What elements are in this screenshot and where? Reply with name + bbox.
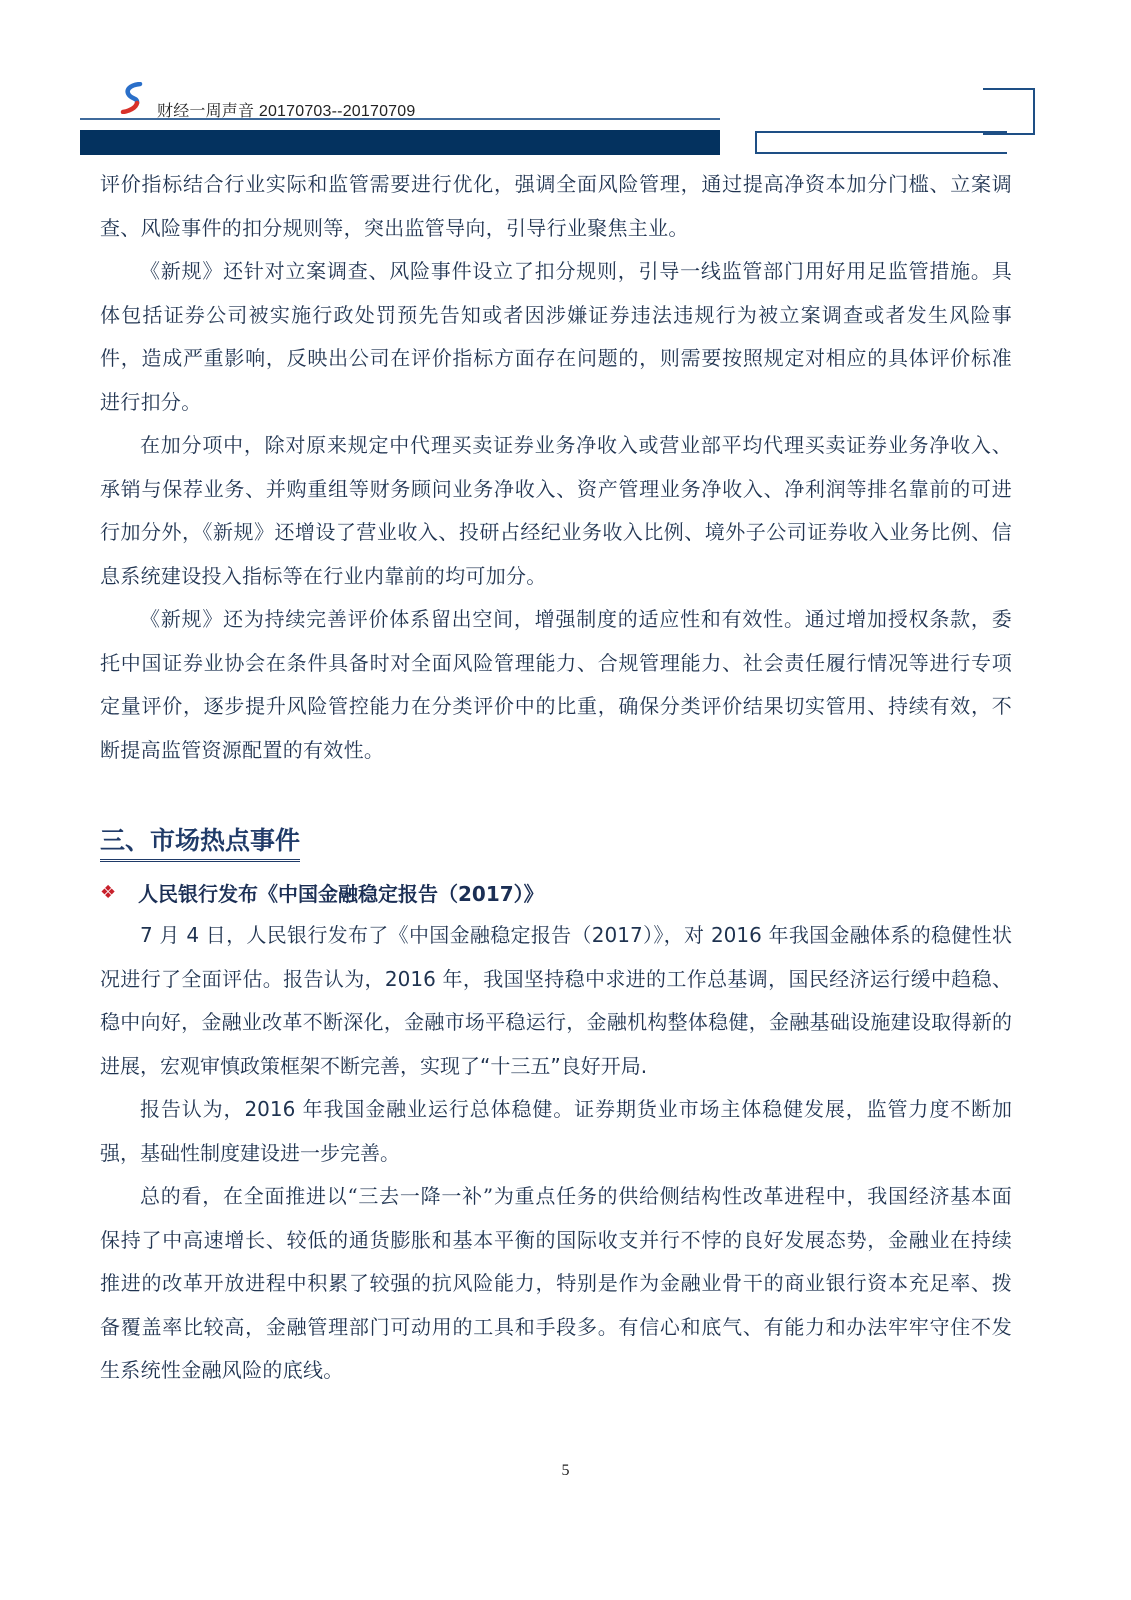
s-swoosh-logo-icon — [120, 82, 146, 114]
body-paragraph: 《新规》还针对立案调查、风险事件设立了扣分规则，引导一线监管部门用好用足监管措施… — [100, 250, 1012, 424]
header-bar — [80, 130, 720, 155]
header-thin-rule — [80, 118, 720, 120]
page-number: 5 — [0, 1462, 1131, 1480]
body-paragraph: 《新规》还为持续完善评价体系留出空间，增强制度的适应性和有效性。通过增加授权条款… — [100, 598, 1012, 772]
document-body: 评价指标结合行业实际和监管需要进行优化，强调全面风险管理，通过提高净资本加分门槛… — [100, 163, 1012, 1393]
section-title: 三、市场热点事件 — [100, 824, 300, 862]
body-paragraph: 总的看，在全面推进以“三去一降一补”为重点任务的供给侧结构性改革进程中，我国经济… — [100, 1175, 1012, 1393]
sub-heading: ❖ 人民银行发布《中国金融稳定报告（2017）》 — [100, 874, 1012, 910]
section-body: 7 月 4 日，人民银行发布了《中国金融稳定报告（2017）》，对 2016 年… — [100, 914, 1012, 1393]
page-header: 财经一周声音 20170703--20170709 — [0, 0, 1131, 160]
header-frame-decoration — [983, 88, 1035, 135]
diamond-bullet-icon: ❖ — [100, 882, 116, 903]
body-paragraph: 7 月 4 日，人民银行发布了《中国金融稳定报告（2017）》，对 2016 年… — [100, 914, 1012, 1088]
body-paragraph: 在加分项中，除对原来规定中代理买卖证券业务净收入或营业部平均代理买卖证券业务净收… — [100, 424, 1012, 598]
header-frame-decoration-lower — [755, 131, 1007, 154]
sub-heading-text: 人民银行发布《中国金融稳定报告（2017）》 — [138, 878, 544, 907]
body-paragraph: 报告认为，2016 年我国金融业运行总体稳健。证券期货业市场主体稳健发展，监管力… — [100, 1088, 1012, 1175]
body-paragraph: 评价指标结合行业实际和监管需要进行优化，强调全面风险管理，通过提高净资本加分门槛… — [100, 163, 1012, 250]
